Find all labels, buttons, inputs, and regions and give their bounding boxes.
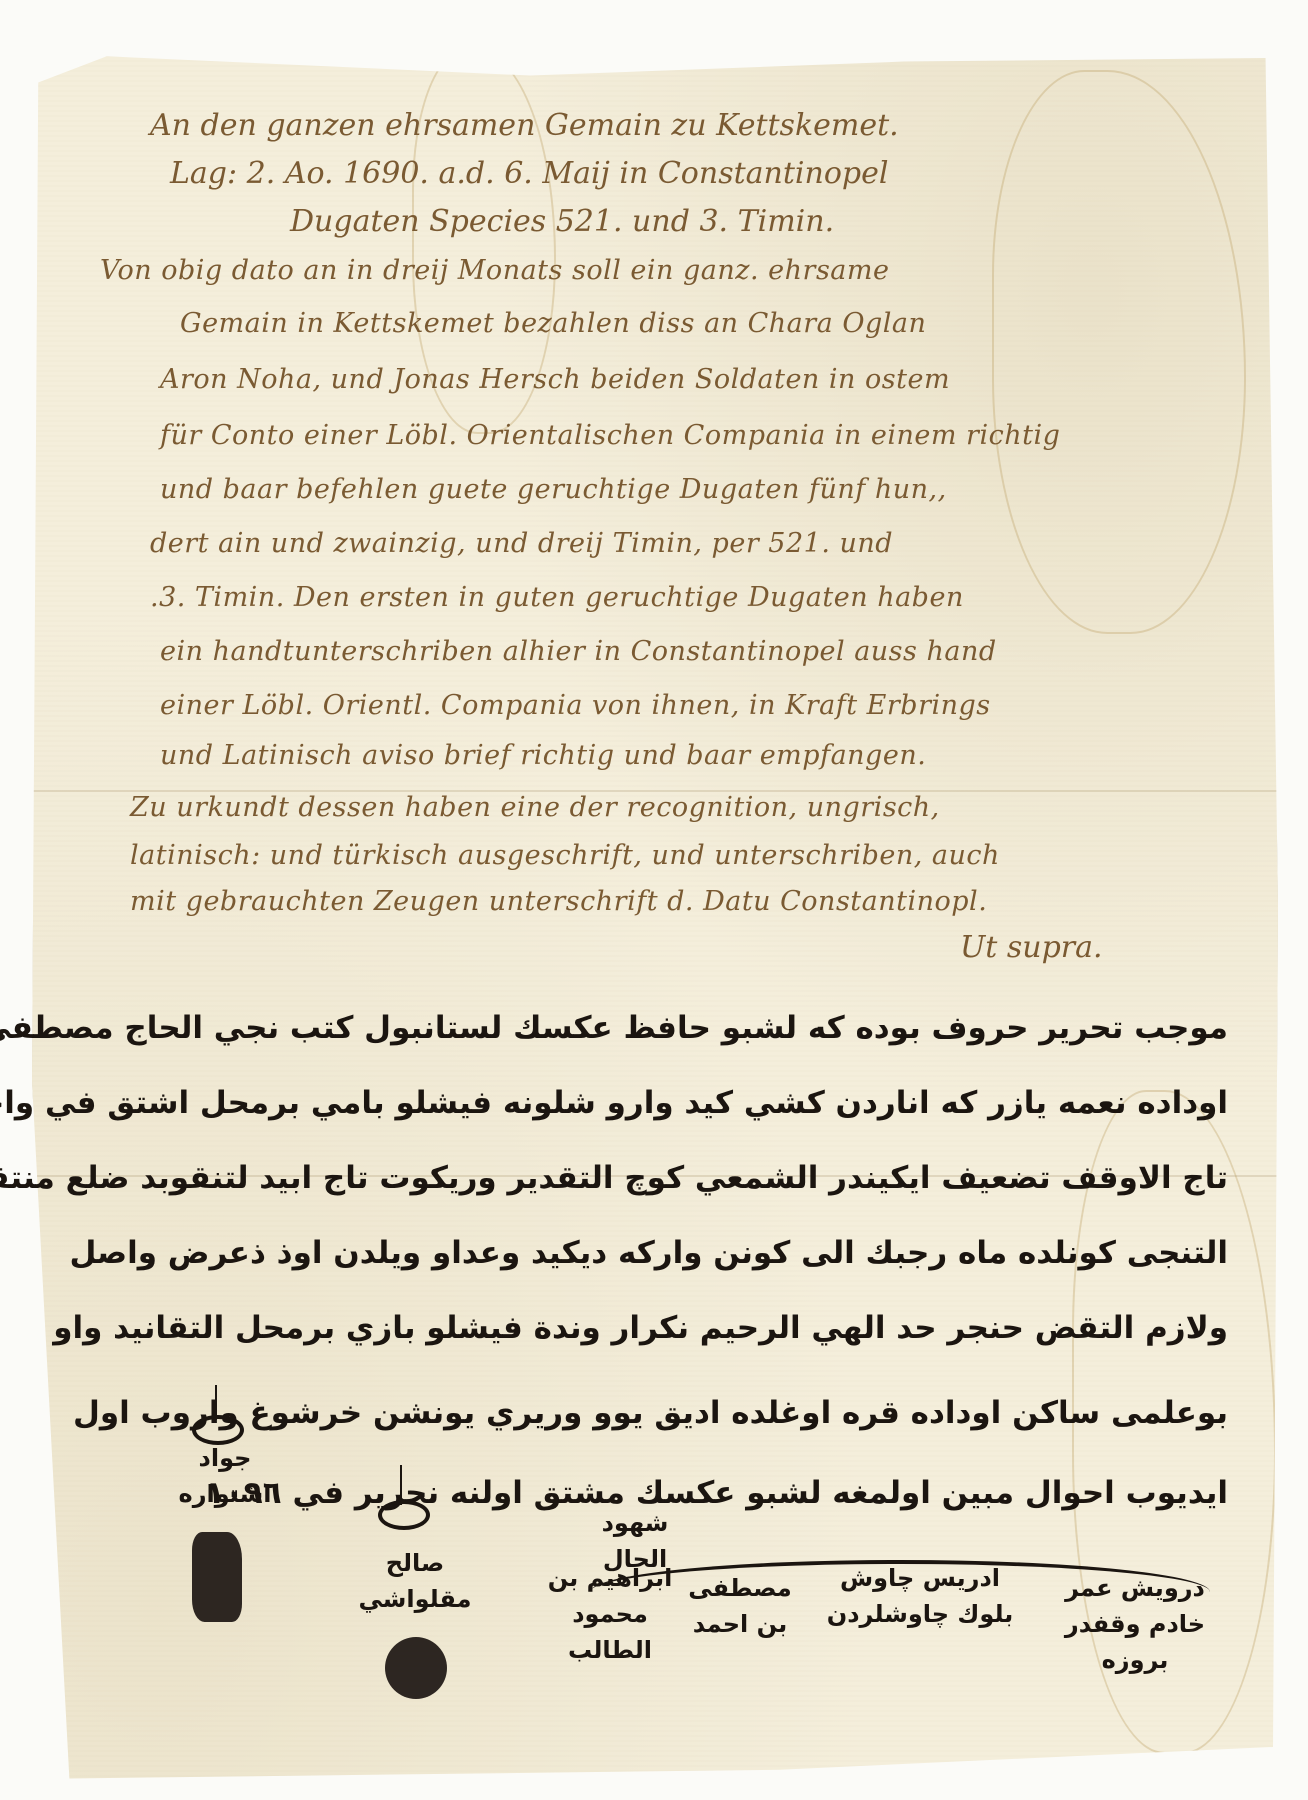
signature-flourish-icon <box>378 1500 430 1530</box>
ottoman-line: ايديوب احوال مبين اولمغه لشبو عكسك مشتق … <box>206 1475 1228 1511</box>
german-body-line: für Conto einer Löbl. Orientalischen Com… <box>160 420 1060 451</box>
ottoman-line: بوعلمى ساكن اوداده قره اوغلده اديق يوو و… <box>73 1395 1228 1431</box>
ottoman-line: تاج الاوقف تضعيف ايكيندر الشمعي كوچ التق… <box>0 1160 1228 1196</box>
witness-signature: درويش عمر خادم وقفدر بروزه <box>1060 1570 1210 1678</box>
ottoman-line: التنجى كونلده ماه رجبك الى كونن واركه دي… <box>69 1235 1228 1271</box>
german-body-line: und baar befehlen guete geruchtige Dugat… <box>160 474 947 505</box>
german-body-line: und Latinisch aviso brief richtig und ba… <box>160 740 926 771</box>
german-body-line: mit gebrauchten Zeugen unterschrift d. D… <box>130 886 987 917</box>
german-body-line: ein handtunterschriben alhier in Constan… <box>160 636 997 667</box>
witness-signature: ادريس چاوش بلوك چاوشلردن <box>820 1560 1020 1632</box>
german-body-line: Gemain in Kettskemet bezahlen diss an Ch… <box>180 308 926 339</box>
ink-seal-stamp <box>192 1532 242 1622</box>
ink-seal-stamp <box>385 1637 447 1699</box>
signature-flourish-icon <box>192 1415 244 1445</box>
german-body-line: einer Löbl. Orientl. Compania von ihnen,… <box>160 690 991 721</box>
ottoman-line: موجب تحرير حروف بوده كه لشبو حافظ عكسك ل… <box>0 1010 1228 1046</box>
german-body-line: Von obig dato an in dreij Monats soll ei… <box>100 255 890 286</box>
witness-signature: ابراهيم بن محمود الطالب <box>540 1560 680 1668</box>
water-stain <box>992 70 1246 634</box>
german-body-line: Aron Noha, und Jonas Hersch beiden Solda… <box>160 364 950 395</box>
ottoman-line: اوداده نعمه يازر كه اناردن كشي كيد وارو … <box>0 1085 1228 1121</box>
german-closing: Ut supra. <box>960 930 1103 965</box>
german-header-line-2: Lag: 2. Ao. 1690. a.d. 6. Maij in Consta… <box>170 156 888 191</box>
witness-signature: صالح مقلواشي <box>350 1545 480 1617</box>
german-header-line-1: An den ganzen ehrsamen Gemain zu Kettske… <box>150 108 899 143</box>
german-body-line: .3. Timin. Den ersten in guten geruchtig… <box>150 582 964 613</box>
german-body-line: latinisch: und türkisch ausgeschrift, un… <box>130 840 1000 871</box>
witness-signature: جواد اشتواره <box>170 1440 280 1512</box>
witness-signature: مصطفى بن احمد <box>680 1570 800 1642</box>
ottoman-line: ولازم التقض حنجر حد الهي الرحيم نكرار ون… <box>53 1310 1228 1346</box>
german-body-line: Zu urkundt dessen haben eine der recogni… <box>130 792 940 823</box>
german-header-line-3: Dugaten Species 521. und 3. Timin. <box>290 204 834 239</box>
signature-stem <box>400 1465 402 1505</box>
german-body-line: dert ain und zwainzig, und dreij Timin, … <box>150 528 893 559</box>
